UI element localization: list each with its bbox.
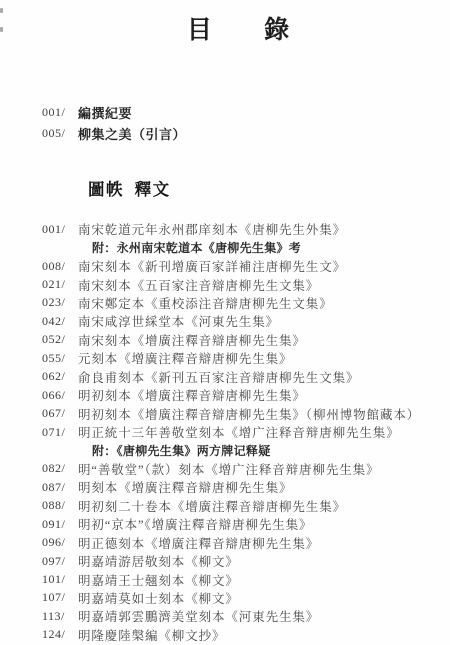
entry-page-number: 097/	[42, 554, 78, 569]
entry-title: 南宋刻本《增廣注釋音辯唐柳先生集》	[78, 331, 306, 349]
entry-title: 南宋刻本《五百家注音辯唐柳先生文集》	[78, 276, 319, 294]
entry-title: 附：永州南宋乾道本《唐柳先生集》考	[42, 239, 301, 256]
front-matter-row: 001/ 編撰紀要	[42, 102, 430, 123]
entry-title: 附：《唐柳先生集》两方牌记释疑	[42, 442, 271, 459]
toc-entry: 042/ 南宋咸淳世綵堂本《河東先生集》	[42, 312, 438, 330]
entry-title: 編撰紀要	[78, 103, 132, 122]
entry-title: 元刻本《增廣注釋音辯唐柳先生集》	[78, 349, 292, 367]
entry-page-number: 023/	[42, 295, 78, 310]
entry-page-number: 096/	[42, 535, 78, 550]
entry-title: 明嘉靖莫如士刻本《柳文》	[78, 589, 239, 607]
front-matter-row: 005/ 柳集之美（引言）	[42, 123, 430, 144]
toc-entry: 008/ 南宋刻本《新刊增廣百家詳補注唐柳先生文》	[42, 257, 438, 275]
entry-page-number: 005/	[42, 126, 78, 141]
toc-entry: 021/ 南宋刻本《五百家注音辯唐柳先生文集》	[42, 275, 438, 293]
entry-page-number: 071/	[42, 425, 78, 440]
entry-page-number: 008/	[42, 259, 78, 274]
scan-artifact	[0, 27, 3, 32]
toc-entry: 097/ 明嘉靖游居敬刻本《柳文》	[42, 552, 438, 570]
toc-entry: 091/ 明初“京本”《增廣注釋音辯唐柳先生集》	[42, 515, 438, 533]
toc-entry: 082/ 明“善敬堂”（款）刻本《增广注释音辩唐柳先生集》	[42, 460, 438, 478]
toc-entry: 052/ 南宋刻本《增廣注釋音辯唐柳先生集》	[42, 331, 438, 349]
entry-title: 明刻本《增廣注釋音辯唐柳先生集》	[78, 478, 292, 496]
front-matter-list: 001/ 編撰紀要 005/ 柳集之美（引言）	[42, 102, 430, 144]
toc-entry: 088/ 明初刻二十卷本《增廣注釋音辯唐柳先生集》	[42, 497, 438, 515]
entry-title: 明嘉靖王士翹刻本《柳文》	[78, 571, 239, 589]
scan-artifact	[0, 8, 3, 13]
entry-title: 明嘉靖游居敬刻本《柳文》	[78, 552, 239, 570]
entry-title: 明正德刻本《增廣注釋音辯唐柳先生集》	[78, 534, 319, 552]
entry-page-number: 101/	[42, 572, 78, 587]
toc-entry: 附：永州南宋乾道本《唐柳先生集》考	[42, 238, 438, 256]
toc-entry: 113/ 明嘉靖郭雲鵬濟美堂刻本《河東先生集》	[42, 607, 438, 625]
toc-entry: 096/ 明正德刻本《增廣注釋音辯唐柳先生集》	[42, 533, 438, 551]
entry-page-number: 088/	[42, 498, 78, 513]
toc-entry-list: 001/ 南宋乾道元年永州郡庠刻本《唐柳先生外集》 附：永州南宋乾道本《唐柳先生…	[42, 220, 438, 644]
entry-page-number: 113/	[42, 609, 78, 624]
toc-entry: 001/ 南宋乾道元年永州郡庠刻本《唐柳先生外集》	[42, 220, 438, 238]
entry-page-number: 091/	[42, 517, 78, 532]
entry-page-number: 062/	[42, 369, 78, 384]
entry-page-number: 066/	[42, 388, 78, 403]
entry-title: 明初刻本《增廣注釋音辯唐柳先生集》	[78, 386, 306, 404]
entry-page-number: 124/	[42, 627, 78, 642]
entry-title: 南宋鄭定本《重校添注音辯唐柳先生文集》	[78, 294, 333, 312]
entry-page-number: 001/	[42, 222, 78, 237]
entry-page-number: 055/	[42, 351, 78, 366]
toc-entry: 071/ 明正統十三年善敬堂刻本《增广注释音辩唐柳先生集》	[42, 423, 438, 441]
entry-title: 明初刻本《增廣注釋音辯唐柳先生集》（柳州博物館藏本）	[78, 405, 420, 423]
toc-page: 目 錄 001/ 編撰紀要 005/ 柳集之美（引言） 圖帙 釋文 001/ 南…	[0, 0, 450, 645]
entry-title: 明隆慶陸槃編《柳文抄》	[78, 626, 225, 644]
entry-page-number: 021/	[42, 277, 78, 292]
entry-page-number: 067/	[42, 406, 78, 421]
entry-title: 柳集之美（引言）	[78, 124, 186, 143]
toc-entry: 062/ 俞良甫刻本《新刊五百家注音辯唐柳先生文集》	[42, 368, 438, 386]
toc-entry: 附：《唐柳先生集》两方牌记释疑	[42, 441, 438, 459]
toc-entry: 087/ 明刻本《增廣注釋音辯唐柳先生集》	[42, 478, 438, 496]
section-header: 圖帙 釋文	[88, 176, 171, 200]
toc-entry: 101/ 明嘉靖王士翹刻本《柳文》	[42, 570, 438, 588]
entry-page-number: 082/	[42, 461, 78, 476]
toc-entry: 055/ 元刻本《增廣注釋音辯唐柳先生集》	[42, 349, 438, 367]
entry-title: 南宋乾道元年永州郡庠刻本《唐柳先生外集》	[78, 220, 346, 238]
entry-page-number: 087/	[42, 480, 78, 495]
entry-title: 明初“京本”《增廣注釋音辯唐柳先生集》	[78, 515, 312, 533]
entry-page-number: 001/	[42, 105, 78, 120]
toc-entry: 067/ 明初刻本《增廣注釋音辯唐柳先生集》（柳州博物館藏本）	[42, 404, 438, 422]
entry-title: 南宋刻本《新刊增廣百家詳補注唐柳先生文》	[78, 257, 346, 275]
entry-title: 明嘉靖郭雲鵬濟美堂刻本《河東先生集》	[78, 607, 319, 625]
entry-title: 明正統十三年善敬堂刻本《增广注释音辩唐柳先生集》	[78, 423, 400, 441]
entry-title: 明初刻二十卷本《增廣注釋音辯唐柳先生集》	[78, 497, 346, 515]
entry-title: 南宋咸淳世綵堂本《河東先生集》	[78, 312, 279, 330]
toc-entry: 066/ 明初刻本《增廣注釋音辯唐柳先生集》	[42, 386, 438, 404]
entry-page-number: 042/	[42, 314, 78, 329]
entry-title: 明“善敬堂”（款）刻本《增广注释音辩唐柳先生集》	[78, 460, 379, 478]
page-title: 目 錄	[14, 10, 450, 46]
toc-entry: 107/ 明嘉靖莫如士刻本《柳文》	[42, 589, 438, 607]
entry-page-number: 107/	[42, 590, 78, 605]
toc-entry: 124/ 明隆慶陸槃編《柳文抄》	[42, 626, 438, 644]
toc-entry: 023/ 南宋鄭定本《重校添注音辯唐柳先生文集》	[42, 294, 438, 312]
entry-page-number: 052/	[42, 332, 78, 347]
entry-title: 俞良甫刻本《新刊五百家注音辯唐柳先生文集》	[78, 368, 359, 386]
